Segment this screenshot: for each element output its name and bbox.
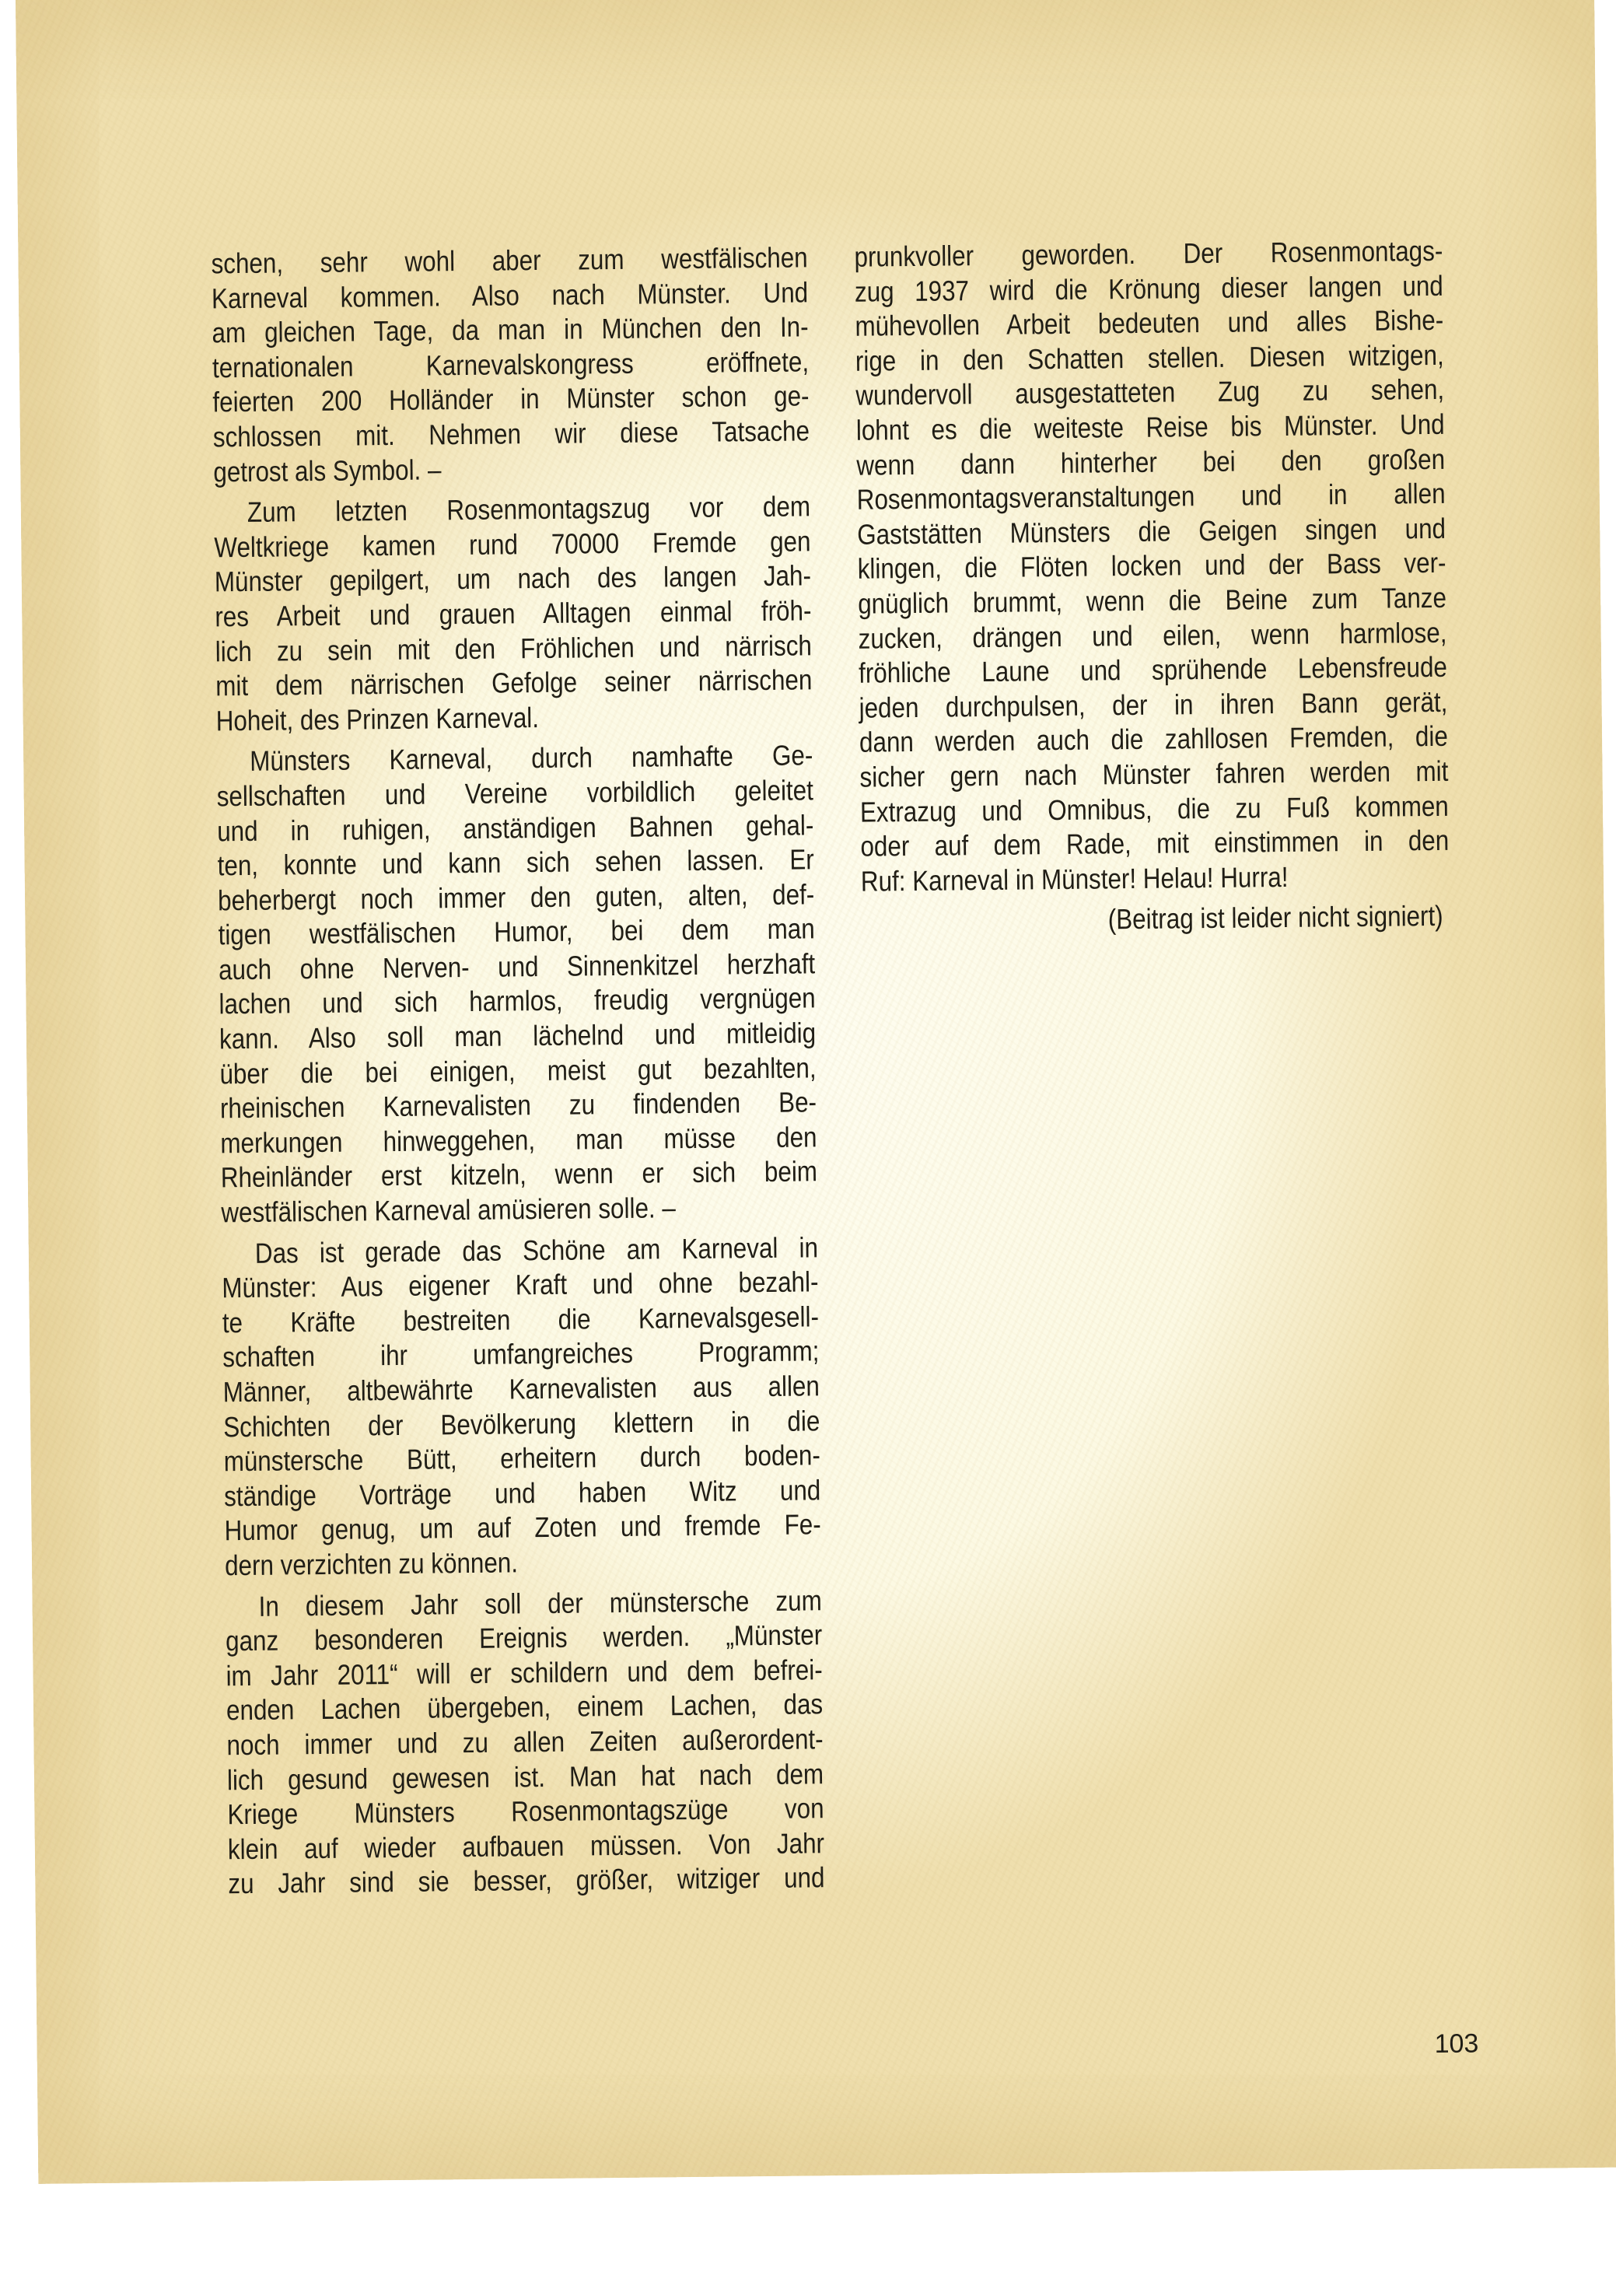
text-line: Kriege Münsters Rosenmontagszüge von [227, 1791, 824, 1832]
text-line: Weltkriege kamen rund 70000 Fremde gen [214, 524, 811, 565]
text-line: Zum letzten Rosenmontagszug vor dem [214, 489, 811, 530]
text-line: merkungen hinweggehen, man müsse den [220, 1120, 817, 1161]
text-line: te Kräfte bestreiten die Karnevalsgesell… [222, 1300, 820, 1341]
text-line: klingen, die Flöten locken und der Bass … [857, 546, 1446, 587]
text-line: auch ohne Nerven- und Sinnenkitzel herzh… [219, 947, 816, 988]
text-line: ganz besonderen Ereignis werden. „Münste… [226, 1618, 823, 1659]
text-line: Rosenmontagsveranstaltungen und in allen [857, 477, 1446, 518]
text-line: feierten 200 Holländer in Münster schon … [212, 380, 810, 421]
text-line: sellschaften und Vereine vorbildlich gel… [217, 773, 814, 814]
paragraph: schen, sehr wohl aber zum westfälischen … [211, 240, 810, 489]
text-line: rheinischen Karnevalisten zu findenden B… [220, 1086, 817, 1127]
paragraph: Das ist gerade das Schöne am Karneval in… [222, 1230, 822, 1584]
text-line: oder auf dem Rade, mit einstimmen in den [860, 824, 1449, 865]
text-line: mit dem närrischen Gefolge seiner närris… [215, 663, 813, 704]
text-line: gnüglich brummt, wenn die Beine zum Tanz… [858, 581, 1446, 622]
text-line: res Arbeit und grauen Alltagen einmal fr… [215, 593, 812, 635]
paragraph: Zum letzten Rosenmontagszug vor dem Welt… [214, 489, 813, 738]
text-line: lich zu sein mit den Fröhlichen und närr… [215, 628, 813, 670]
text-line: dann werden auch die zahllosen Fremden, … [859, 719, 1448, 761]
paragraph: prunkvoller geworden. Der Rosenmontags- … [854, 234, 1450, 899]
text-line: münstersche Bütt, erheitern durch boden- [223, 1438, 820, 1479]
text-line: über die bei einigen, meist gut bezahlte… [219, 1051, 817, 1092]
text-line: klein auf wieder aufbauen müssen. Von Ja… [228, 1826, 825, 1867]
text-line: rige in den Schatten stellen. Diesen wit… [855, 338, 1444, 380]
text-line: lachen und sich harmlos, freudig vergnüg… [219, 982, 816, 1023]
text-line: wenn dann hinterher bei den großen [856, 442, 1445, 483]
text-line: enden Lachen übergeben, einem Lachen, da… [226, 1688, 824, 1729]
text-line: schlossen mit. Nehmen wir diese Tatsache [213, 414, 810, 455]
text-line: Karneval kommen. Also nach Münster. Und [212, 275, 809, 317]
text-line: beherbergt noch immer den guten, alten, … [218, 877, 815, 919]
text-line: lich gesund gewesen ist. Man hat nach de… [227, 1757, 824, 1798]
text-line: getrost als Symbol. – [213, 449, 810, 490]
text-line: kann. Also soll man lächelnd und mitleid… [219, 1016, 817, 1057]
text-line: lohnt es die weiteste Reise bis Münster.… [856, 408, 1445, 449]
text-line: am gleichen Tage, da man in München den … [212, 310, 809, 352]
text-line: Das ist gerade das Schöne am Karneval in [222, 1230, 819, 1272]
text-line: sicher gern nach Münster fahren werden m… [859, 754, 1448, 796]
text-line: dern verzichten zu können. [225, 1542, 822, 1584]
text-line: Humor genug, um auf Zoten und fremde Fe- [224, 1508, 821, 1549]
page-number: 103 [1434, 2028, 1478, 2060]
text-line: zug 1937 wird die Krönung dieser langen … [855, 268, 1443, 310]
signature-note: (Beitrag ist leider nicht signiert) [861, 899, 1450, 940]
text-line: Ruf: Karneval in Münster! Helau! Hurra! [861, 858, 1450, 899]
text-line: Rheinländer erst kitzeln, wenn er sich b… [221, 1155, 818, 1196]
text-line: zucken, drängen und eilen, wenn harmlose… [858, 615, 1446, 656]
text-line: ständige Vorträge und haben Witz und [224, 1473, 821, 1514]
text-line: schen, sehr wohl aber zum westfälischen [211, 240, 808, 282]
text-line: im Jahr 2011“ will er schildern und dem … [226, 1653, 823, 1694]
text-line: noch immer und zu allen Zeiten außerorde… [226, 1722, 824, 1763]
text-line: Gaststätten Münsters die Geigen singen u… [857, 512, 1446, 553]
text-line: jeden durchpulsen, der in ihren Bann ger… [859, 684, 1447, 726]
text-line: Männer, altbewährte Karnevalisten aus al… [223, 1369, 820, 1410]
left-text-column: schen, sehr wohl aber zum westfälischen … [211, 240, 824, 1908]
paragraph: In diesem Jahr soll der münstersche zum … [225, 1584, 824, 1902]
text-line: tigen westfälischen Humor, bei dem man [218, 912, 815, 954]
text-line: wundervoll ausgestatteten Zug zu sehen, [855, 373, 1444, 414]
right-text-column: prunkvoller geworden. Der Rosenmontags- … [854, 234, 1450, 940]
text-line: schaften ihr umfangreiches Programm; [222, 1335, 820, 1376]
text-line: prunkvoller geworden. Der Rosenmontags- [854, 234, 1443, 275]
text-line: und in ruhigen, anständigen Bahnen gehal… [217, 808, 814, 849]
text-line: Münster gepilgert, um nach des langen Ja… [215, 559, 812, 600]
text-line: ten, konnte und kann sich sehen lassen. … [217, 842, 814, 884]
text-line: westfälischen Karneval amüsieren solle. … [221, 1189, 818, 1230]
scanned-page: schen, sehr wohl aber zum westfälischen … [16, 0, 1616, 2184]
text-line: Münster: Aus eigener Kraft und ohne beza… [222, 1265, 819, 1306]
text-line: fröhliche Laune und sprühende Lebensfreu… [859, 650, 1447, 691]
text-line: ternationalen Karnevalskongress eröffnet… [212, 345, 810, 386]
text-line: Schichten der Bevölkerung klettern in di… [223, 1404, 820, 1445]
text-line: In diesem Jahr soll der münstersche zum [225, 1584, 822, 1625]
text-line: Münsters Karneval, durch namhafte Ge- [216, 739, 813, 780]
text-line: mühevollen Arbeit bedeuten und alles Bis… [855, 303, 1443, 345]
text-line: Hoheit, des Prinzen Karneval. [215, 698, 813, 739]
paragraph: Münsters Karneval, durch namhafte Ge- se… [216, 739, 818, 1230]
text-line: zu Jahr sind sie besser, größer, witzige… [228, 1861, 825, 1902]
text-line: Extrazug und Omnibus, die zu Fuß kommen [860, 789, 1449, 830]
